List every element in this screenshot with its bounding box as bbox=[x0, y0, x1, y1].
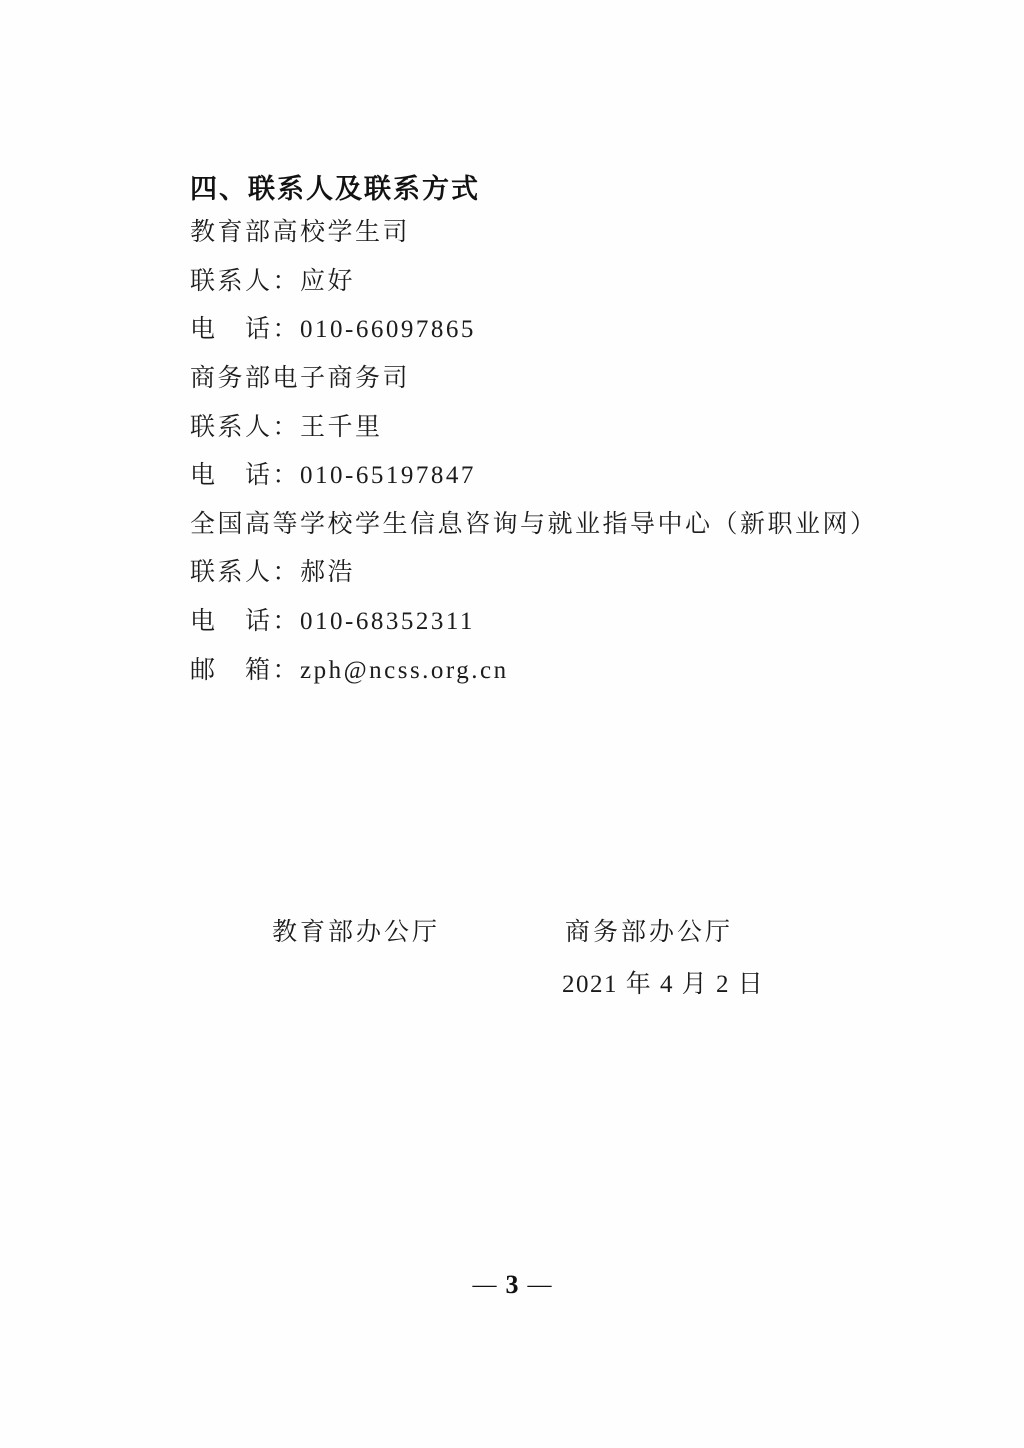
contact-line-phone: 电 话：010-66097865 bbox=[190, 303, 944, 352]
contact-line-department: 商务部电子商务司 bbox=[190, 352, 944, 401]
section-heading: 四、联系人及联系方式 bbox=[190, 167, 480, 206]
signature-org-right: 商务部办公厅 bbox=[565, 912, 733, 948]
contact-line-phone: 电 话：010-65197847 bbox=[190, 449, 944, 498]
contact-line-department: 教育部高校学生司 bbox=[190, 206, 944, 255]
page-number-dash-left: — bbox=[473, 1272, 497, 1299]
contact-line-department: 全国高等学校学生信息咨询与就业指导中心（新职业网） bbox=[190, 498, 944, 547]
contact-line-email: 邮 箱：zph@ncss.org.cn bbox=[190, 643, 944, 692]
page-number-dash-right: — bbox=[528, 1272, 552, 1299]
contact-line-person: 联系人：应好 bbox=[190, 255, 944, 304]
contact-line-person: 联系人：郝浩 bbox=[190, 546, 944, 595]
page-number-value: 3 bbox=[506, 1270, 519, 1300]
contact-line-phone: 电 话：010-68352311 bbox=[190, 595, 944, 644]
contact-info-block: 教育部高校学生司 联系人：应好 电 话：010-66097865 商务部电子商务… bbox=[190, 206, 944, 692]
page-number: — 3 — bbox=[473, 1270, 552, 1300]
signature-date: 2021 年 4 月 2 日 bbox=[562, 964, 764, 1000]
document-page: 四、联系人及联系方式 教育部高校学生司 联系人：应好 电 话：010-66097… bbox=[0, 0, 1024, 1448]
signature-org-left: 教育部办公厅 bbox=[272, 912, 440, 948]
contact-line-person: 联系人：王千里 bbox=[190, 400, 944, 449]
